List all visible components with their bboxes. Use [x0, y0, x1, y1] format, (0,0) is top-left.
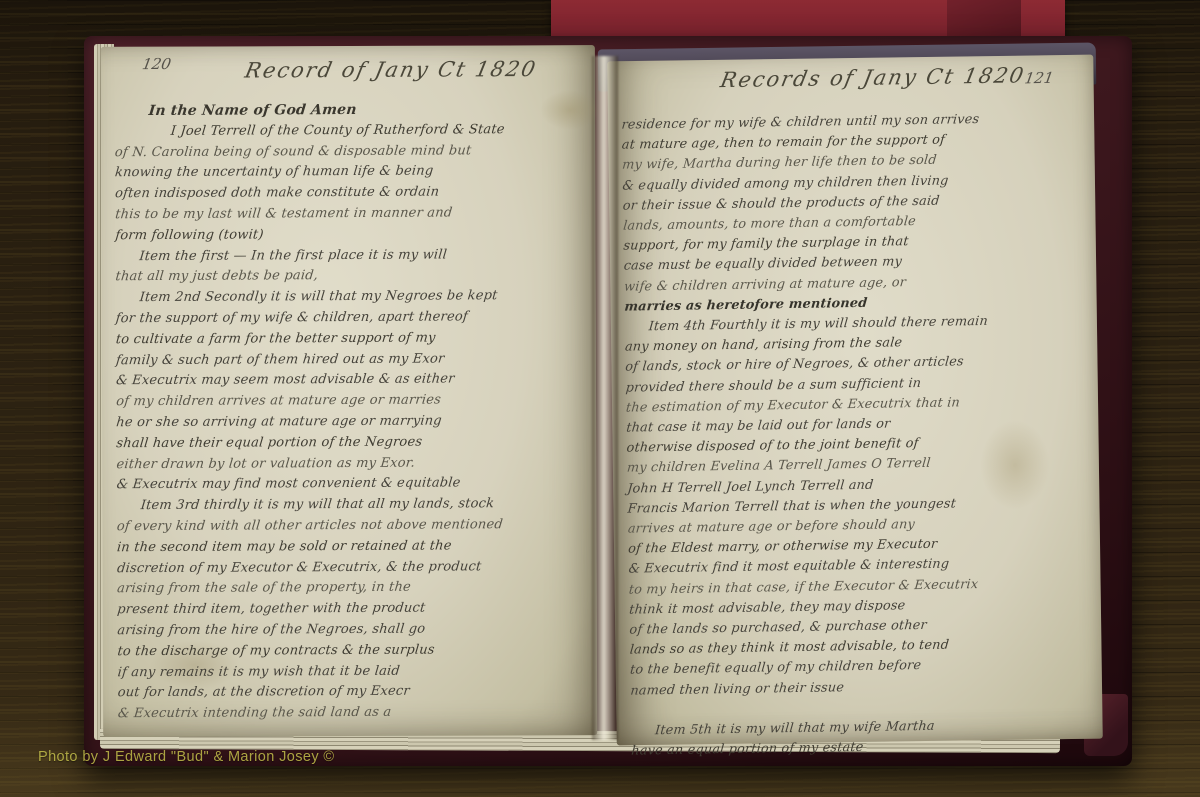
manuscript-line: for the support of my wife & children, a… [115, 307, 583, 330]
manuscript-line: of my children arrives at mature age or … [115, 390, 583, 413]
manuscript-line: arising from the hire of the Negroes, sh… [116, 619, 584, 642]
manuscript-line: In the Name of God Amen [114, 99, 582, 122]
manuscript-line: this to be my last will & testament in m… [114, 203, 582, 226]
manuscript-line: arising from the sale of the property, i… [116, 577, 584, 600]
manuscript-line: family & such part of them hired out as … [115, 348, 583, 371]
book-gutter-fold [592, 56, 618, 740]
manuscript-line: out for lands, at the discretion of my E… [117, 681, 585, 704]
manuscript-line: present third item, together with the pr… [116, 598, 584, 621]
left-page-number: 120 [141, 55, 173, 73]
manuscript-line: often indisposed doth make constitute & … [114, 182, 582, 205]
manuscript-line: in the second item may be sold or retain… [116, 536, 584, 559]
photographer-watermark: Photo by J Edward "Bud" & Marion Josey © [38, 749, 335, 765]
right-page-manuscript: Records of Jany Ct 1820 121 residence fo… [621, 60, 1092, 762]
right-page-header-row: Records of Jany Ct 1820 121 [621, 60, 1082, 113]
manuscript-line: & Executrix may find most convenient & e… [115, 473, 583, 496]
manuscript-line: if any remains it is my wish that it be … [116, 660, 584, 683]
left-page-manuscript: 120 Record of Jany Ct 1820 In the Name o… [114, 51, 584, 725]
left-page-title: Record of Jany Ct 1820 [212, 57, 539, 83]
manuscript-line: I Joel Terrell of the County of Rutherfo… [114, 120, 582, 143]
right-page-title: Records of Jany Ct 1820 [718, 63, 1027, 92]
manuscript-line: to the discharge of my contracts & the s… [116, 639, 584, 662]
manuscript-line: he or she so arriving at mature age or m… [115, 411, 583, 434]
left-page-lines: In the Name of God AmenI Joel Terrell of… [114, 99, 583, 725]
manuscript-line: Item the first — In the first place it i… [114, 244, 582, 267]
left-page-header-row: 120 Record of Jany Ct 1820 [114, 51, 580, 99]
manuscript-line: knowing the uncertainty of human life & … [114, 161, 582, 184]
manuscript-line: of N. Carolina being of sound & disposab… [114, 140, 582, 163]
manuscript-line: of every kind with all other articles no… [116, 515, 584, 538]
right-page-number: 121 [1024, 69, 1056, 87]
manuscript-line: discretion of my Executor & Executrix, &… [116, 556, 584, 579]
manuscript-line: either drawn by lot or valuation as my E… [115, 452, 583, 475]
manuscript-line: to cultivate a farm for the better suppo… [115, 328, 583, 351]
manuscript-line: Item 3rd thirdly it is my will that all … [116, 494, 584, 517]
manuscript-line: Item 2nd Secondly it is will that my Neg… [114, 286, 582, 309]
manuscript-line: & Executrix intending the said land as a [117, 702, 585, 725]
manuscript-line: shall have their equal portion of the Ne… [115, 432, 583, 455]
manuscript-line: that all my just debts be paid, [114, 265, 582, 288]
manuscript-line: & Executrix may seem most advisable & as… [115, 369, 583, 392]
manuscript-line: form following (towit) [114, 224, 582, 247]
right-page-lines: residence for my wife & children until m… [621, 108, 1091, 762]
